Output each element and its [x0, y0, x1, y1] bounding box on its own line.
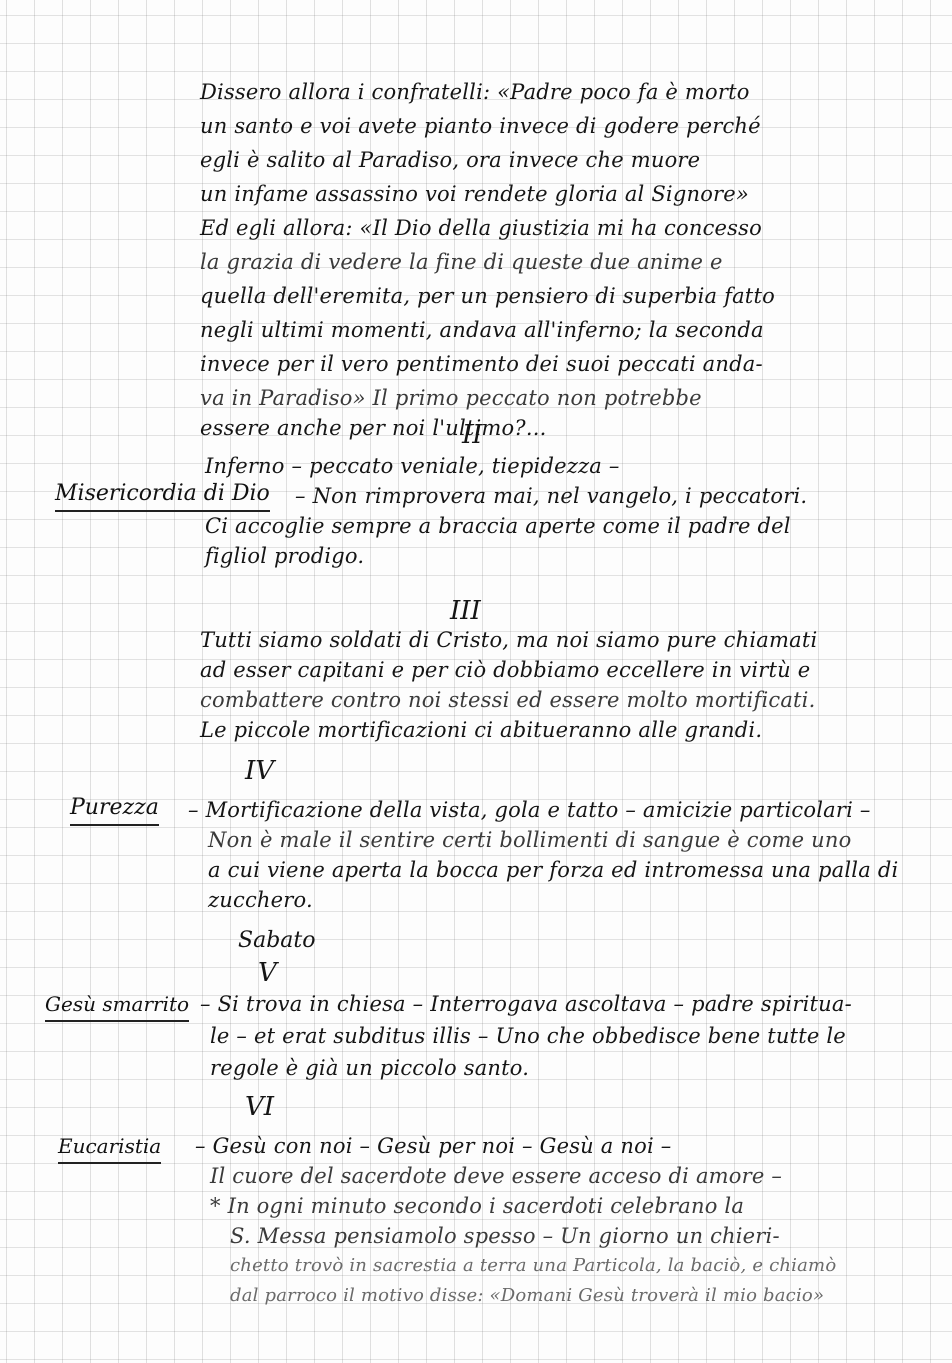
text-line: un infame assassino voi rendete gloria a… — [200, 180, 944, 208]
section-numeral: III — [450, 596, 481, 626]
text-line: – Mortificazione della vista, gola e tat… — [188, 796, 944, 824]
text-line: va in Paradiso» Il primo peccato non pot… — [200, 384, 944, 412]
text-line: la grazia di vedere la fine di queste du… — [200, 248, 944, 276]
text-line: Non è male il sentire certi bollimenti d… — [208, 826, 944, 854]
text-line: Il cuore del sacerdote deve essere acces… — [210, 1162, 944, 1190]
margin-label: Purezza — [70, 794, 159, 826]
text-line: – Gesù con noi – Gesù per noi – Gesù a n… — [195, 1132, 944, 1160]
section-numeral: II — [462, 420, 483, 450]
text-line: regole è già un piccolo santo. — [210, 1054, 944, 1082]
text-line: combattere contro noi stessi ed essere m… — [200, 686, 944, 714]
text-line: ad esser capitani e per ciò dobbiamo ecc… — [200, 656, 944, 684]
text-line: Dissero allora i confratelli: «Padre poc… — [200, 78, 944, 106]
text-line: * In ogni minuto secondo i sacerdoti cel… — [210, 1192, 944, 1220]
text-line: essere anche per noi l'ultimo?... — [200, 414, 944, 442]
text-line: – Non rimprovera mai, nel vangelo, i pec… — [295, 482, 944, 510]
section-numeral: V — [258, 958, 277, 988]
margin-label: Misericordia di Dio — [55, 480, 270, 512]
text-line: Inferno – peccato veniale, tiepidezza – — [205, 452, 944, 480]
day-heading: Sabato — [238, 928, 315, 953]
text-line: egli è salito al Paradiso, ora invece ch… — [200, 146, 944, 174]
section-numeral: IV — [245, 756, 274, 786]
text-line: S. Messa pensiamolo spesso – Un giorno u… — [230, 1222, 944, 1250]
text-line: Ed egli allora: «Il Dio della giustizia … — [200, 214, 944, 242]
text-line: un santo e voi avete pianto invece di go… — [200, 112, 944, 140]
text-line: negli ultimi momenti, andava all'inferno… — [200, 316, 944, 344]
manuscript-page: Dissero allora i confratelli: «Padre poc… — [0, 0, 952, 1363]
text-line: a cui viene aperta la bocca per forza ed… — [208, 856, 944, 884]
text-line: quella dell'eremita, per un pensiero di … — [200, 282, 944, 310]
text-line: figliol prodigo. — [205, 542, 944, 570]
margin-label: Eucaristia — [58, 1132, 161, 1164]
section-numeral: VI — [245, 1092, 274, 1122]
text-line: zucchero. — [208, 886, 944, 914]
margin-label: Gesù smarrito — [45, 990, 189, 1022]
text-line: Ci accoglie sempre a braccia aperte come… — [205, 512, 944, 540]
text-line: chetto trovò in sacrestia a terra una Pa… — [230, 1252, 944, 1280]
text-line: Tutti siamo soldati di Cristo, ma noi si… — [200, 626, 944, 654]
text-line: le – et erat subditus illis – Uno che ob… — [210, 1022, 944, 1050]
text-line: dal parroco il motivo disse: «Domani Ges… — [230, 1282, 944, 1310]
text-line: invece per il vero pentimento dei suoi p… — [200, 350, 944, 378]
text-line: Le piccole mortificazioni ci abitueranno… — [200, 716, 944, 744]
text-line: – Si trova in chiesa – Interrogava ascol… — [200, 990, 944, 1018]
